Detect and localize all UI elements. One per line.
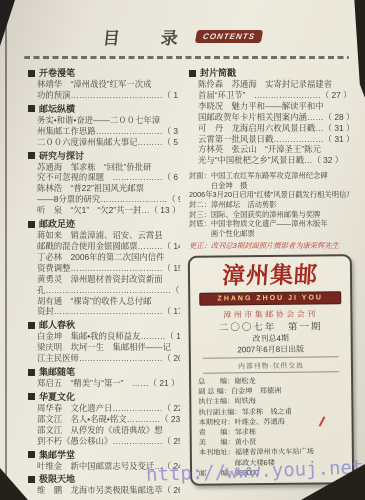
section-title-row: 集邮随笔 — [28, 366, 180, 378]
section-title-row: 研究与探讨 — [28, 150, 180, 162]
toc-entry-line: 胡有通 “裸寄”的收件人总付邮 — [28, 296, 180, 307]
toc-entry-line: 云霄第一批风景日戳………………（ 31 ） — [189, 134, 349, 145]
page-title: 目 录 — [101, 24, 191, 49]
cover-note-line: 封面：中国工农红军东路军攻克漳州纪念碑 — [189, 171, 349, 181]
cover-note-line: 封底：中国非物质文化遗产——漳州木版年 — [189, 219, 349, 229]
section-marker-icon — [28, 322, 35, 329]
section-title: 开卷漫笔 — [39, 67, 75, 79]
toc-section: 邮坛纵横务实•和谐•奋进——二００七年漳州集邮工作思路……………………（ 3 ）… — [28, 103, 180, 148]
toc-entry-line: 务实•和谐•奋进——二００七年漳 — [28, 115, 180, 126]
section-marker-icon — [28, 70, 35, 77]
toc-entry-line: 可 丹 龙海启用六枚风景日戳…（ 31 ） — [189, 123, 349, 134]
toc-entry-line: 州集邮工作思路……………………（ 3 ） — [28, 126, 180, 137]
section-marker-icon — [28, 105, 35, 112]
contents-badge: CONTENTS — [195, 30, 263, 43]
toc-entry-line: 究不可忽视的课题 ………………（ 6 ） — [28, 172, 180, 183]
scan-edge-left — [5, 0, 7, 500]
toc-entry-line: 邮戳的混合使用金银圆邮票………（ 14 ） — [28, 241, 180, 252]
toc-entry-line: 陈伶森 苏通海 实寄封记录福建省 — [189, 79, 349, 90]
toc-entry-line: 苏通海 邹求栋 “回批”侨批研 — [28, 162, 180, 173]
magazine-info-box: 漳州集邮 ZHANG ZHOU JI YOU 漳州市集邮协会会刊 二〇〇七年 第… — [188, 255, 354, 487]
section-marker-icon — [28, 476, 35, 483]
magazine-pub-date: 2007年6月8日出版 — [198, 344, 344, 357]
toc-entry-line: 资封…………………………………（ 17 ） — [28, 306, 180, 317]
section-title: 集邮学堂 — [39, 449, 75, 461]
toc-section: 华夏文化周华春 文化遗产日………………（ 22 ）邵文江 名人•名砚•铭文………… — [28, 391, 180, 447]
section-title: 研究与探讨 — [39, 150, 84, 162]
section-title: 封片简戳 — [200, 67, 236, 79]
toc-entry-line: 丁必林 2006年的第二次国内信件 — [28, 252, 180, 263]
toc-entry-line: 周华春 文化遗产日………………（ 22 ） — [28, 403, 180, 414]
toc-entry-line: 首届“环卫节” ……………………（ 27 ） — [189, 90, 349, 101]
toc-section: 研究与探讨苏通海 邹求栋 “回批”侨批研究不可忽视的课题 ………………（ 6 ）… — [28, 150, 180, 217]
toc-section: 邮人春秋白金坤 集邮•我的良师益友………（ 18 ）梁庆明 坎坷一生 集邮相伴—… — [28, 319, 180, 364]
toc-entry-line: 梁庆明 坎坷一生 集邮相伴——记 — [28, 342, 180, 353]
section-title-row: 邮人春秋 — [28, 319, 180, 331]
section-marker-icon — [28, 152, 35, 159]
magazine-title: 漳州集邮 — [196, 263, 344, 291]
toc-section: 封片简戳陈伶森 苏通海 实寄封记录福建省首届“环卫节” ……………………（ 27… — [189, 67, 349, 166]
section-title: 邮政足迹 — [39, 218, 75, 230]
section-title-row: 集邮学堂 — [28, 449, 180, 461]
toc-entry-line: 李晓况 魅力平和——解读平和中 — [189, 101, 349, 112]
toc-entry-line: 二００六度漳州集邮大事记………（ 5 ） — [28, 137, 180, 148]
toc-entry-line: 孔………………………………………（ 17 ） — [28, 285, 180, 296]
cover-note-line: 2006年3月20日启用“红楼”风景日戳发行相关明信片 — [189, 190, 349, 200]
section-title: 极限天地 — [39, 473, 75, 485]
toc-entry-line: 到不朽《愚公移山》………………（ 25 ） — [28, 436, 180, 447]
toc-entry-line: 邵文江 名人•名砚•铭文…………（ 23 ） — [28, 414, 180, 425]
magazine-pinyin-band: ZHANG ZHOU JI YOU — [199, 292, 341, 306]
toc-entry-line: 邵文江 从停发的《成语典故》想 — [28, 425, 180, 436]
section-title-row: 华夏文化 — [28, 391, 180, 403]
toc-entry-line: ——8分票的研究……………………（ 9 ） — [28, 194, 180, 205]
toc-header: 目 录 CONTENTS — [0, 24, 365, 49]
toc-entry-line: 国邮政贺年卡片相关图案内涵……（ 28 ） — [189, 112, 349, 123]
toc-entry-line: 听 泉 “欠1” “欠2”共一封…（ 13 ） — [28, 205, 180, 216]
toc-section: 开卷漫笔林靖华 “漳州战役”红军一次成功的预演……………………………（ 1 ） — [28, 67, 180, 101]
toc-right-sections: 封片简戳陈伶森 苏通海 实寄封记录福建省首届“环卫节” ……………………（ 27… — [189, 67, 349, 166]
cover-note-line: 封二：漳州邮坛 活动剪影 — [189, 200, 349, 210]
section-title-row: 开卷漫笔 — [28, 67, 180, 79]
toc-section: 邮政足迹蒋如来 销盖漳浦、诏安、云霄县邮戳的混合使用金银圆邮票………（ 14 ）… — [28, 218, 180, 317]
cover-note-line: 封三：国际、全国获奖的漳州邮集与奖牌 — [189, 210, 349, 220]
toc-entry-line: 资费调整……………………………（ 15 ） — [28, 263, 180, 274]
section-title: 邮人春秋 — [39, 319, 75, 331]
section-title: 邮坛纵横 — [39, 103, 75, 115]
cover-note-line: 画个性化邮票 — [189, 229, 349, 239]
section-title-row: 邮政足迹 — [28, 218, 180, 230]
decorative-divider — [24, 56, 349, 59]
correction-note: 更正：改刊总3期封面照片摄影者为康荣辉先生 — [189, 241, 349, 251]
toc-entry-line: 蒋如来 销盖漳浦、诏安、云霄县 — [28, 230, 180, 241]
toc-entry-line: 林靖华 “漳州战役”红军一次成 — [28, 79, 180, 90]
section-title: 集邮随笔 — [39, 366, 75, 378]
section-marker-icon — [28, 451, 35, 458]
section-title: 华夏文化 — [39, 391, 75, 403]
magazine-circulation-note: 内部刊物·仅供交流 — [203, 357, 339, 374]
toc-entry-line: 黄勇灵 漳州题材普资封改资新面 — [28, 274, 180, 285]
toc-entry-line: 郑启五 “精美”与“第一” ……（ 21 ） — [28, 378, 180, 389]
toc-right-column: 封片简戳陈伶森 苏通海 实寄封记录福建省首届“环卫节” ……………………（ 27… — [189, 67, 349, 498]
toc-left-column: 开卷漫笔林靖华 “漳州战役”红军一次成功的预演……………………………（ 1 ）邮… — [28, 67, 180, 498]
toc-columns: 开卷漫笔林靖华 “漳州战役”红军一次成功的预演……………………………（ 1 ）邮… — [0, 67, 365, 498]
toc-entry-line: 方林英 张云山 “开漳圣王”陈元 — [189, 144, 349, 155]
toc-entry-line: 江主民医师…………………………（ 20 ） — [28, 353, 180, 364]
section-title-row: 封片简戳 — [189, 67, 349, 79]
section-marker-icon — [189, 70, 196, 77]
section-marker-icon — [28, 221, 35, 228]
toc-entry-line: 陈林浩 “普22”祖国风光邮票 — [28, 183, 180, 194]
cover-notes: 封面：中国工农红军东路军攻克漳州纪念碑 白金坤 摄2006年3月20日启用“红楼… — [189, 171, 349, 238]
toc-entry-line: 功的预演……………………………（ 1 ） — [28, 90, 180, 101]
scanned-page: 目 录 CONTENTS 开卷漫笔林靖华 “漳州战役”红军一次成功的预演…………… — [0, 0, 365, 500]
section-marker-icon — [28, 393, 35, 400]
toc-entry-line: 光与“中国枇杷之乡”风景日戳…（ 32 ） — [189, 155, 349, 166]
cover-note-line: 白金坤 摄 — [189, 181, 349, 191]
magazine-subtitle: 漳州市集邮协会会刊 — [197, 309, 343, 322]
toc-section: 集邮随笔郑启五 “精美”与“第一” ……（ 21 ） — [28, 366, 180, 389]
section-title-row: 邮坛纵横 — [28, 103, 180, 115]
toc-entry-line: 维 鹏 龙海市另类极限集邮选萃（ 26 ） — [28, 485, 180, 496]
toc-entry-line: 白金坤 集邮•我的良师益友………（ 18 ） — [28, 331, 180, 342]
section-marker-icon — [28, 369, 35, 376]
